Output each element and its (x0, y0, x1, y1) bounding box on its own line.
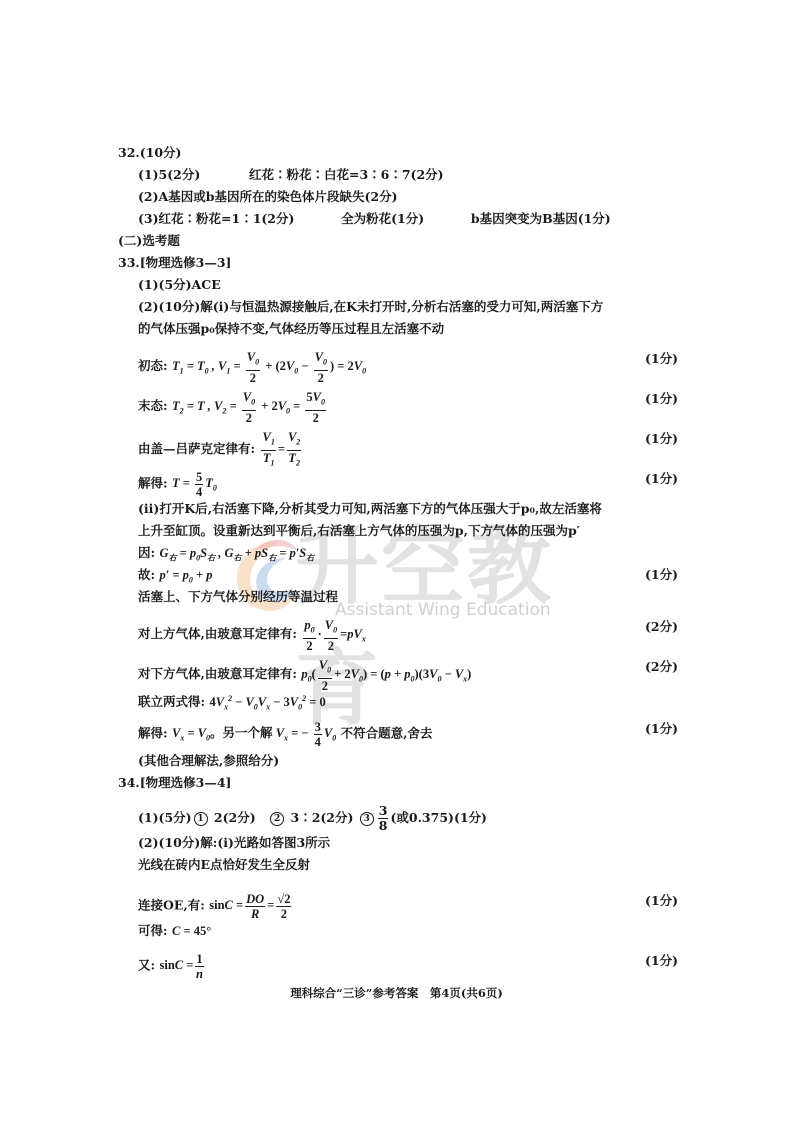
q32-part2: (2)A基因或b基因所在的染色体片段缺失(2分) (138, 188, 678, 206)
q33-final-state: 末态: T2 = T , V2 = V02 + 2V0 = 5V02 (1分) (138, 390, 678, 425)
q34-part2-line2: 光线在砖内E点恰好发生全反射 (138, 856, 678, 874)
lower-gas-formula: p0(V02+ 2V0) = (p + p0)(3V0 − Vx) (301, 667, 471, 681)
q33-solve-temperature: 解得: T = 54T0 (1分) (138, 470, 678, 499)
q34-part1: (1)(5分)1 2(2分) 2 3∶2(2分) 338(或0.375)(1分) (138, 804, 678, 833)
q32-part3-all-pink: 全为粉花(1分) (341, 211, 424, 226)
q33-pressure-result: 故: p′ = p0 + p (1分) (138, 566, 678, 590)
solve-label: 解得: (138, 475, 168, 490)
q33-gay-lussac-law: 由盖—吕萨克定律有: V1T1=V2T2 (1分) (138, 430, 678, 470)
initial-state-formula: T1 = T0 , V1 = V02 + (2V0 − V02) = 2V0 (172, 359, 366, 373)
upper-gas-formula: p02·V02=pVx (301, 627, 365, 641)
q33-note: (其他合理解法,参照给分) (138, 752, 678, 770)
upper-gas-label: 对上方气体,由玻意耳定律有: (138, 626, 297, 641)
score: (1分) (645, 566, 678, 584)
connect-label: 连接OE,有: (138, 897, 205, 912)
refraction-formula: sinC =1n (159, 958, 205, 972)
law-formula: V1T1=V2T2 (259, 442, 303, 456)
q33-part2-line1: (2)(10分)解(i)与恒温热源接触后,在K未打开时,分析右活塞的受力可知,两… (138, 298, 678, 316)
angle-formula: C = 45° (172, 924, 211, 938)
circled-2-icon: 2 (270, 812, 284, 826)
q32-part3-mutation: b基因突变为B基因(1分) (471, 211, 611, 226)
circled-1-icon: 1 (194, 812, 208, 826)
q33-force-balance: 因: G右 = p0S右 , G右 + pS右 = p′S右 (138, 544, 678, 568)
combine-formula: 4Vx2 − V0Vx − 3V02 = 0 (209, 695, 325, 709)
final-state-formula: T2 = T , V2 = V02 + 2V0 = 5V02 (172, 399, 328, 413)
q33-isothermal: 活塞上、下方气体分别经历等温过程 (138, 588, 678, 606)
score: (1分) (645, 720, 678, 738)
q32-part3: (3)红花∶粉花=1∶1(2分) 全为粉花(1分) b基因突变为B基因(1分) (138, 210, 678, 228)
q32-part1-answer: (1)5(2分) (138, 167, 200, 182)
lower-gas-label: 对下方气体,由玻意耳定律有: (138, 666, 297, 681)
q33-initial-state: 初态: T1 = T0 , V1 = V02 + (2V0 − V02) = 2… (138, 350, 678, 385)
q34-angle: 可得: C = 45° (138, 922, 678, 940)
q33-combine: 联立两式得: 4Vx2 − V0Vx − 3V02 = 0 (138, 690, 678, 717)
score: (2分) (645, 658, 678, 676)
combine-label: 联立两式得: (138, 694, 205, 709)
so-label: 故: (138, 567, 155, 582)
also-label: 又: (138, 957, 155, 972)
q32-part1: (1)5(2分) 红花∶粉花∶白花=3∶6∶7(2分) (138, 166, 678, 184)
q33-upper-gas: 对上方气体,由玻意耳定律有: p02·V02=pVx (2分) (138, 618, 678, 653)
initial-state-label: 初态: (138, 358, 168, 373)
q34-connect-oe: 连接OE,有: sinC =DOR=√22 (1分) (138, 892, 678, 921)
connect-formula: sinC =DOR=√22 (209, 898, 293, 912)
answer-sheet-page: 升空教育 Assistant Wing Education 32.(10分) (… (0, 0, 793, 1122)
force-balance-formula: G右 = p0S右 , G右 + pS右 = p′S右 (159, 546, 314, 560)
q33-lower-gas: 对下方气体,由玻意耳定律有: p0(V02+ 2V0) = (p + p0)(3… (138, 658, 678, 693)
q33-part-ii-line1: (ii)打开K后,右活塞下降,分析其受力可知,两活塞下方的气体压强大于p₀,故左… (138, 500, 678, 518)
solve-formula: T = 54T0 (172, 476, 217, 490)
result-label: 解得: (138, 725, 168, 740)
circled-3-icon: 3 (360, 812, 374, 826)
q33-part-ii-line2: 上升至缸顶。设重新达到平衡后,右活塞上方气体的压强为p,下方气体的压强为p′ (138, 522, 678, 540)
score: (2分) (645, 618, 678, 636)
q33-part1: (1)(5分)ACE (138, 276, 678, 294)
pressure-formula: p′ = p0 + p (159, 568, 212, 582)
score: (1分) (645, 350, 678, 368)
result-formula: Vx = V0。另一个解 Vx = − 34V0 (172, 726, 336, 740)
final-state-label: 末态: (138, 398, 168, 413)
score: (1分) (645, 470, 678, 488)
q32-part3-ratio: (3)红花∶粉花=1∶1(2分) (138, 211, 294, 226)
q34-refraction-index: 又: sinC =1n (1分) (138, 952, 678, 981)
q33-result: 解得: Vx = V0。另一个解 Vx = − 34V0 不符合题意,舍去 (1… (138, 720, 678, 749)
q32-title: 32.(10分) (118, 144, 678, 162)
q33-part2-line2: 的气体压强p₀保持不变,气体经历等压过程且左活塞不动 (138, 320, 678, 338)
score: (1分) (645, 892, 678, 910)
get-label: 可得: (138, 923, 168, 938)
law-label: 由盖—吕萨克定律有: (138, 441, 255, 456)
page-footer: 理科综合“三诊”参考答案 第4页(共6页) (0, 985, 793, 1001)
score: (1分) (645, 952, 678, 970)
q34-part2-line1: (2)(10分)解:(i)光路如答图3所示 (138, 834, 678, 852)
q32-part1-ratio: 红花∶粉花∶白花=3∶6∶7(2分) (249, 167, 444, 182)
because-label: 因: (138, 545, 155, 560)
score: (1分) (645, 430, 678, 448)
score: (1分) (645, 390, 678, 408)
q33-title: 33.[物理选修3—3] (118, 254, 678, 272)
q34-title: 34.[物理选修3—4] (118, 774, 678, 792)
section-elective-title: (二)选考题 (118, 232, 678, 250)
